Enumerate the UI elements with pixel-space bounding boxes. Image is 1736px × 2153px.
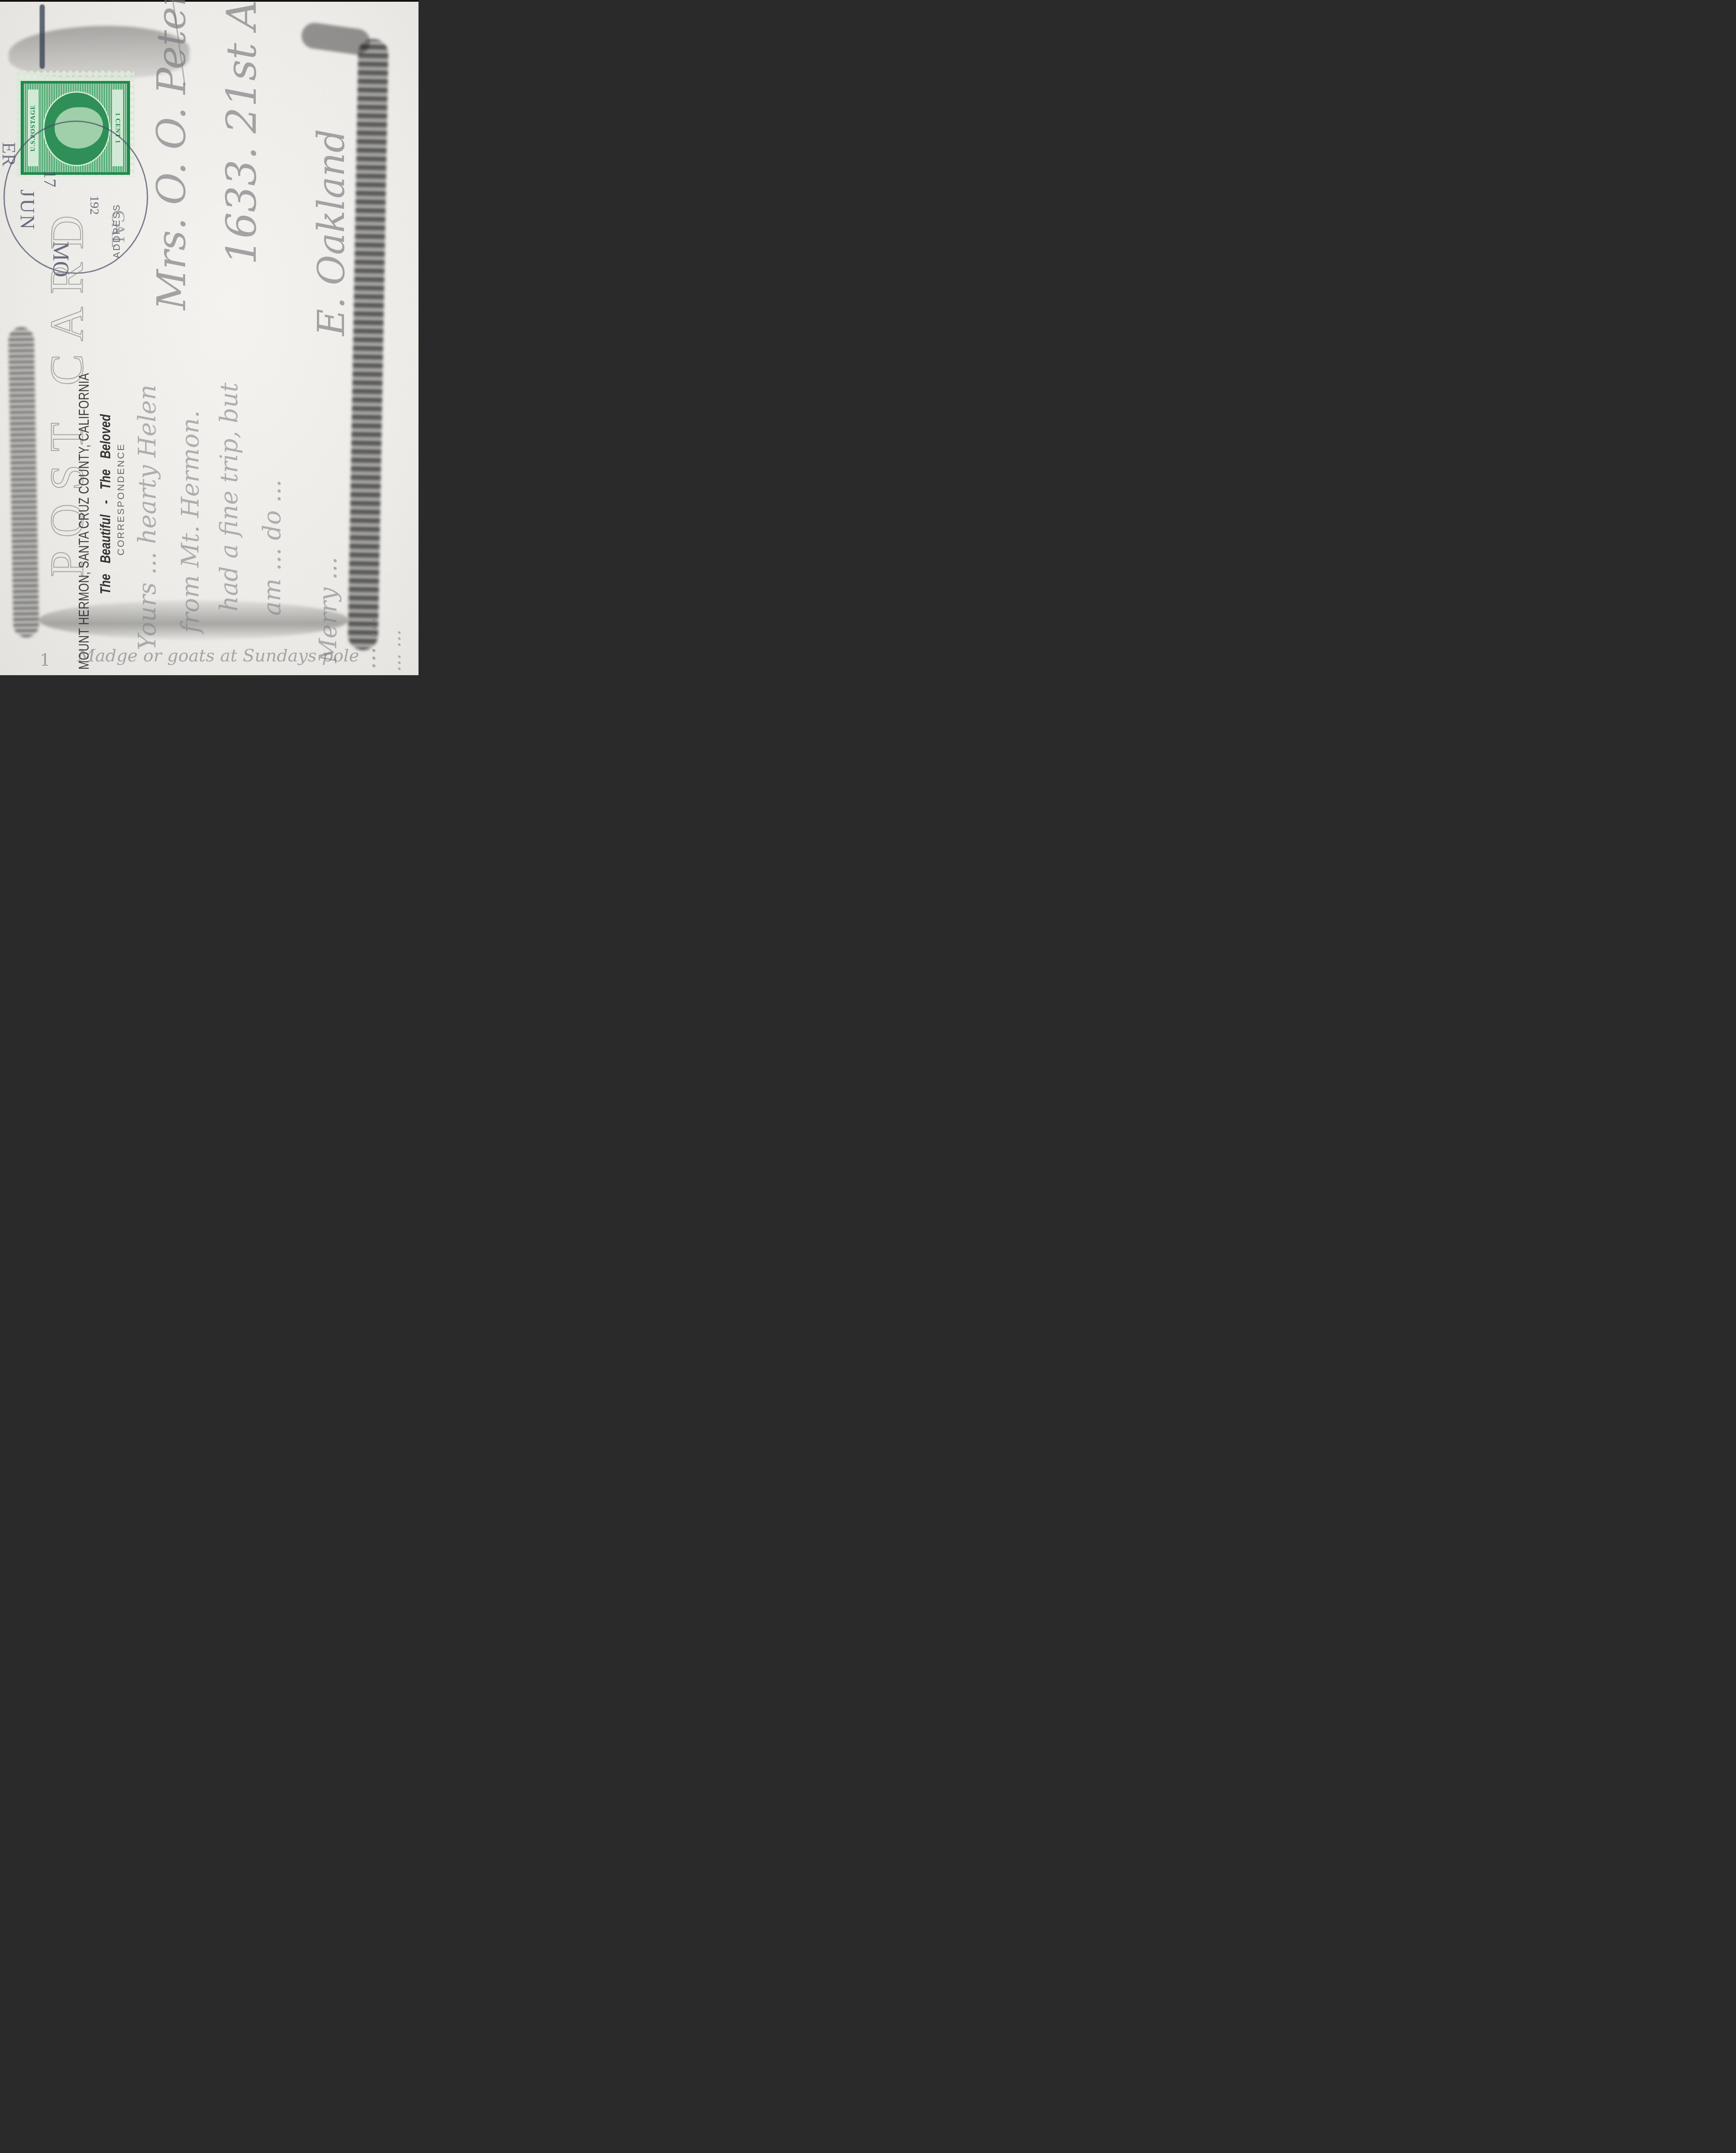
- correspondence-label: CORRESPONDENCE: [115, 443, 127, 555]
- address-label: ADDRESS: [111, 204, 122, 258]
- scan-edge: [0, 0, 418, 2]
- postcard-back: U.S.POSTAGE 1 CENT 1 ER 17 JUN 192 CAL M…: [0, 0, 418, 675]
- postmark-arc-text: ER: [0, 142, 20, 166]
- location-line: MOUNT HERMON, SANTA CRUZ COUNTY, CALIFOR…: [76, 373, 92, 670]
- address-city: E. Oakland: [310, 129, 353, 336]
- message-line: am ... do ...: [258, 480, 286, 616]
- tagline: The Beautiful - The Beloved: [97, 414, 114, 594]
- address-street: 1633. 21st Ave: [217, 0, 266, 265]
- message-line: ... ...: [383, 630, 405, 672]
- message-line: from Mt. Hermon.: [177, 410, 205, 633]
- corner-mark: 1: [40, 650, 50, 670]
- postmark-month: JUN: [16, 189, 39, 231]
- charcoal-smudge-left: [8, 327, 40, 638]
- cancel-mark: [40, 4, 45, 69]
- charcoal-smudge-right: [348, 38, 389, 650]
- postmark-day: 17: [40, 170, 60, 187]
- address-name: Mrs. O. O. Peterson: [149, 0, 195, 310]
- bottom-handwritten-note: Madge or goats at Sundays pole: [77, 646, 359, 666]
- message-line: had a fine trip, but: [215, 382, 243, 611]
- message-line: Yours ... hearty Helen: [133, 385, 161, 650]
